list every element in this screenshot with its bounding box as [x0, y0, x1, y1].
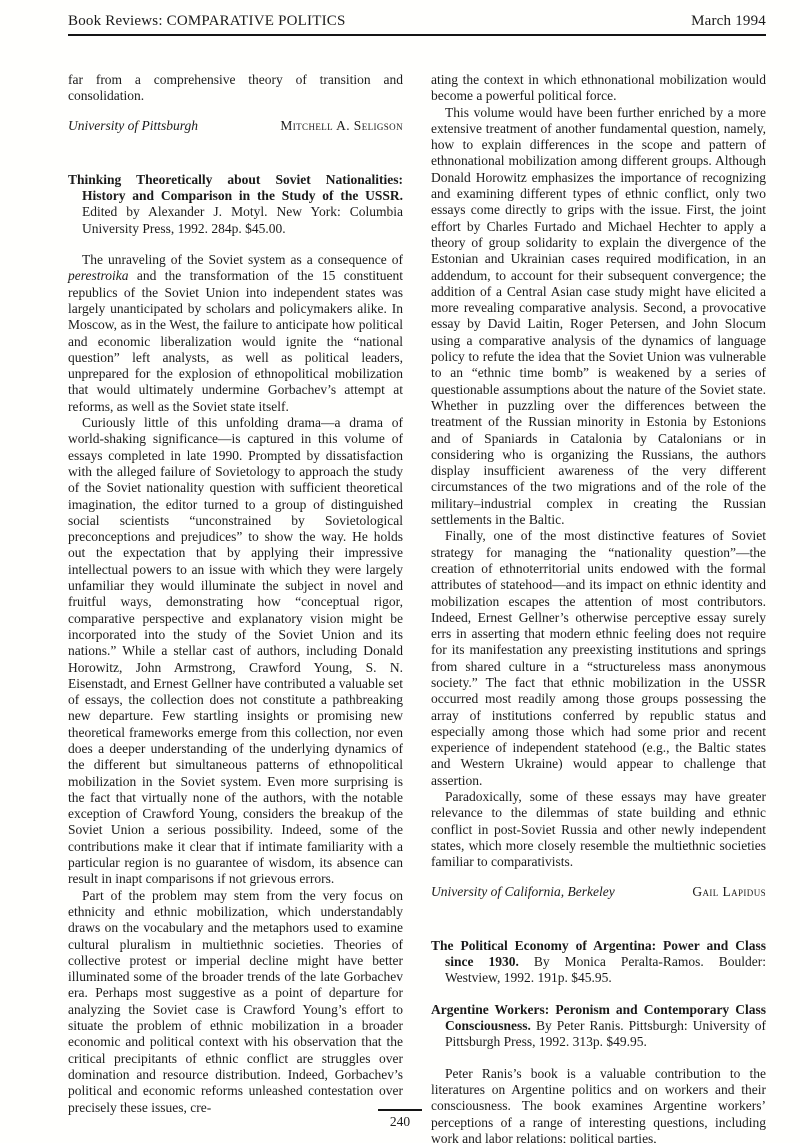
right-column: ating the context in which ethnonational…: [431, 72, 766, 1143]
review-paragraph: Curiously little of this unfolding drama…: [68, 415, 403, 888]
review-paragraph: This volume would have been further enri…: [431, 105, 766, 529]
text-columns: far from a comprehensive theory of trans…: [68, 72, 766, 1143]
book-citation: The Political Economy of Argentina: Powe…: [431, 938, 766, 987]
review-paragraph: Paradoxically, some of these essays may …: [431, 789, 766, 870]
review-paragraph: Peter Ranis’s book is a valuable contrib…: [431, 1066, 766, 1143]
book-citation-details: Edited by Alexander J. Motyl. New York: …: [82, 204, 403, 235]
review-paragraph: Finally, one of the most distinctive fea…: [431, 528, 766, 789]
reviewer-name: Gail Lapidus: [692, 884, 766, 900]
book-citation: Thinking Theoretically about Soviet Nati…: [68, 172, 403, 237]
header-issue-date: March 1994: [691, 13, 766, 30]
page-header: Book Reviews: COMPARATIVE POLITICS March…: [68, 13, 766, 30]
paragraph-text: The unraveling of the Soviet system as a…: [82, 252, 403, 267]
page-number: 240: [390, 1114, 410, 1129]
italic-term: perestroika: [68, 268, 129, 283]
left-column: far from a comprehensive theory of trans…: [68, 72, 403, 1143]
review-paragraph: The unraveling of the Soviet system as a…: [68, 252, 403, 415]
continuation-paragraph: far from a comprehensive theory of trans…: [68, 72, 403, 105]
header-rule: [68, 34, 766, 36]
reviewer-signature: University of California, Berkeley Gail …: [431, 884, 766, 900]
book-title: Thinking Theoretically about Soviet Nati…: [68, 172, 403, 203]
continuation-paragraph: ating the context in which ethnonational…: [431, 72, 766, 105]
paragraph-text: and the transformation of the 15 constit…: [68, 268, 403, 413]
reviewer-signature: University of Pittsburgh Mitchell A. Sel…: [68, 118, 403, 134]
book-citation: Argentine Workers: Peronism and Contempo…: [431, 1002, 766, 1051]
page-footer: 240: [0, 1109, 800, 1130]
reviewer-affiliation: University of California, Berkeley: [431, 884, 615, 900]
reviewer-name: Mitchell A. Seligson: [280, 118, 403, 134]
footer-rule: [378, 1109, 422, 1111]
reviewer-affiliation: University of Pittsburgh: [68, 118, 198, 134]
header-section-title: Book Reviews: COMPARATIVE POLITICS: [68, 13, 346, 30]
review-paragraph: Part of the problem may stem from the ve…: [68, 888, 403, 1116]
journal-page: Book Reviews: COMPARATIVE POLITICS March…: [0, 0, 800, 1143]
